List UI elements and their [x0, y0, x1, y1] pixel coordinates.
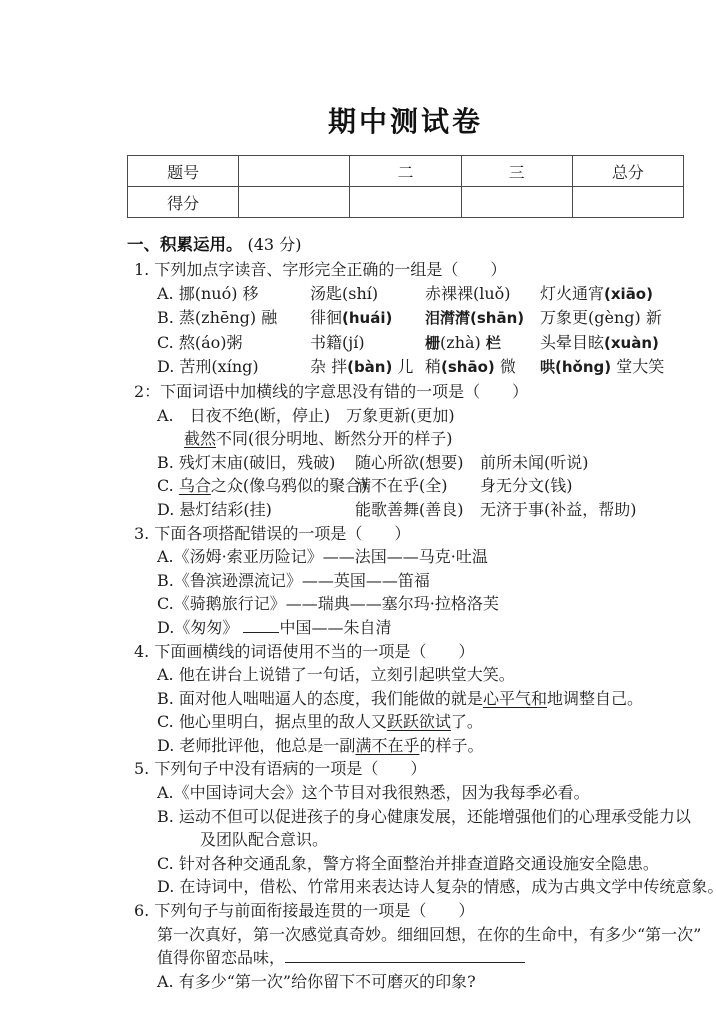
text-segment: D. 在诗词中，借松、竹常用来表达诗人复杂的情感，成为古典文学中传统意象。 — [157, 877, 716, 896]
text-segment: C. — [157, 476, 179, 495]
text-segment: A.《汤姆·索亚历险记》——法国——马克·吐温 — [157, 547, 488, 566]
answer-blank — [243, 617, 279, 633]
text-segment: 5. 下列句子中没有语病的一项是（ ） — [134, 759, 426, 778]
question-2-line-5: D. 悬灯结彩(挂)能歌善舞(善良)无济于事(补益，帮助) — [127, 498, 716, 522]
text-segment: 赤裸裸(luǒ) — [425, 284, 511, 303]
question-6-line-1: 第一次真好，第一次感觉真奇妙。细细回想，在你的生命中，有多少“第一次” — [127, 923, 716, 947]
text-segment: 不同(很分明地、断然分开的样子) — [216, 429, 453, 448]
question-3-line-4: D.《匆匆》 中国——朱自清 — [127, 616, 716, 640]
page-content: 期中测试卷 题号 二 三 总分 得分 一、积累运用。(43 — [127, 0, 716, 993]
text-segment: (huái) — [342, 309, 392, 327]
option-cell: 稍(shāo) 微 — [425, 355, 540, 380]
option-cell: 无济于事(补益，帮助) — [480, 498, 716, 522]
text-segment: 栏 — [486, 334, 501, 352]
text-segment: 4. 下面画横线的词语使用不当的一项是（ ） — [134, 642, 474, 661]
section-2-cell: 二 — [350, 156, 461, 187]
underlined-term: 截然 — [184, 429, 216, 448]
option-cell: B. 蒸(zhēng) 融 — [157, 306, 310, 331]
text-segment: 前所未闻(听说) — [480, 453, 589, 472]
score-entry-cell — [461, 187, 572, 218]
text-segment: 汤匙(shí) — [310, 284, 378, 303]
page-title: 期中测试卷 — [127, 0, 684, 140]
question-3-line-3: C.《骑鹅旅行记》——瑞典——塞尔玛·拉格洛芙 — [127, 592, 716, 616]
text-segment: D.《匆匆》 — [157, 618, 243, 637]
option-cell: B. 残灯末庙(破旧，残破) — [157, 451, 355, 475]
question-6-line-2: 值得你留恋品味， — [127, 946, 716, 970]
text-segment: D. 悬灯结彩(挂) — [157, 500, 272, 519]
text-segment: C.《骑鹅旅行记》——瑞典——塞尔玛·拉格洛芙 — [157, 594, 499, 613]
question-1-stem: 1. 下列加点字读音、字形完全正确的一组是（ ） — [127, 258, 716, 282]
text-segment: 值得你留恋品味， — [157, 948, 285, 967]
answer-blank — [285, 947, 525, 963]
text-segment: C. 针对各种交通乱象，警方将全面整治并排查道路交通设施安全隐患。 — [157, 854, 659, 873]
text-segment: A. 他在讲台上说错了一句话，立刻引起哄堂大笑。 — [157, 665, 515, 684]
option-cell: 前所未闻(听说) — [480, 451, 716, 475]
text-segment: 及团队配合意识。 — [200, 830, 328, 849]
option-cell: 随心所欲(想要) — [355, 451, 480, 475]
total-score-cell: 总分 — [572, 156, 683, 187]
text-segment: A. 日夜不绝(断，停止) 万象更新(更加) — [157, 406, 455, 425]
score-label-cell: 得分 — [128, 187, 239, 218]
question-5-line-4: C. 针对各种交通乱象，警方将全面整治并排查道路交通设施安全隐患。 — [127, 852, 716, 876]
text-segment: 1. 下列加点字读音、字形完全正确的一组是（ ） — [134, 260, 506, 279]
text-segment: 无济于事(补益，帮助) — [480, 500, 637, 519]
option-cell: 徘徊(huái) — [310, 306, 425, 331]
text-segment: 儿 — [392, 357, 413, 376]
underlined-term: 心平气和 — [483, 689, 547, 708]
question-5-line-2: B. 运动不但可以促进孩子的身心健康发展，还能增强他们的心理承受能力以 — [127, 805, 716, 829]
text-segment: C. 他心里明白，据点里的敌人又 — [157, 712, 387, 731]
text-segment: 地调整自己。 — [547, 689, 643, 708]
score-table-header-row: 题号 二 三 总分 — [128, 156, 684, 187]
question-3-line-2: B.《鲁滨逊漂流记》——英国——笛福 — [127, 569, 716, 593]
text-segment: 微 — [495, 357, 516, 376]
text-segment: 栅 — [425, 334, 440, 352]
option-cell: 灯火通宵(xiāo) — [540, 282, 716, 307]
text-segment: (bàn) — [347, 358, 392, 376]
option-cell: 满不在乎(全) — [355, 474, 480, 498]
question-4-line-2: B. 面对他人咄咄逼人的态度，我们能做的就是心平气和地调整自己。 — [127, 687, 716, 711]
question-1-line-1: A. 挪(nuó) 移汤匙(shí)赤裸裸(luǒ)灯火通宵(xiāo) — [127, 282, 716, 307]
text-segment: B.《鲁滨逊漂流记》——英国——笛福 — [157, 571, 430, 590]
exam-page: 期中测试卷 题号 二 三 总分 得分 一、积累运用。(43 — [0, 0, 716, 1024]
text-segment: (zhà) — [440, 333, 486, 352]
section-heading: 一、积累运用。(43 分) — [127, 231, 716, 255]
text-segment: B. 运动不但可以促进孩子的身心健康发展，还能增强他们的心理承受能力以 — [157, 807, 691, 826]
question-4-line-4: D. 老师批评他，他总是一副满不在乎的样子。 — [127, 734, 716, 758]
text-segment: (xuàn) — [604, 334, 659, 352]
question-2-line-4: C. 乌合之众(像乌鸦似的聚合)满不在乎(全)身无分文(钱) — [127, 474, 716, 498]
text-segment: 能歌善舞(善良) — [355, 500, 464, 519]
text-segment: 灯火通宵 — [540, 284, 604, 303]
text-segment: B. 面对他人咄咄逼人的态度，我们能做的就是 — [157, 689, 483, 708]
text-segment: A.《中国诗词大会》这个节目对我很熟悉，因为我每季必看。 — [157, 783, 590, 802]
question-3-line-1: A.《汤姆·索亚历险记》——法国——马克·吐温 — [127, 545, 716, 569]
question-4-line-3: C. 他心里明白，据点里的敌人又跃跃欲试了。 — [127, 710, 716, 734]
option-cell: C. 乌合之众(像乌鸦似的聚合) — [157, 474, 355, 498]
option-cell: 栅(zhà) 栏 — [425, 331, 540, 356]
score-table: 题号 二 三 总分 得分 — [127, 155, 684, 218]
score-entry-cell — [239, 187, 350, 218]
option-cell: A. 挪(nuó) 移 — [157, 282, 310, 307]
option-cell: C. 熬(áo)粥 — [157, 331, 310, 356]
option-cell: D. 悬灯结彩(挂) — [157, 498, 355, 522]
text-segment: B. 蒸(zhēng) 融 — [157, 308, 277, 327]
text-segment: (xiāo) — [604, 285, 653, 303]
option-cell: 身无分文(钱) — [480, 474, 716, 498]
question-2-stem: 2：下面词语中加横线的字意思没有错的一项是（ ） — [127, 380, 716, 404]
section-1-cell — [239, 156, 350, 187]
section-score: (43 分) — [248, 235, 302, 254]
question-5-stem: 5. 下列句子中没有语病的一项是（ ） — [127, 757, 716, 781]
text-segment: A. 有多少“第一次”给你留下不可磨灭的印象? — [157, 972, 476, 991]
text-segment: 杂 拌 — [310, 357, 347, 376]
text-segment: 哄(hǒng) — [540, 358, 611, 376]
text-segment: (shāo) — [441, 358, 495, 376]
text-segment: 泪潸潸(shān) — [425, 309, 524, 327]
question-1-line-3: C. 熬(áo)粥书籍(jí)栅(zhà) 栏头晕目眩(xuàn) — [127, 331, 716, 356]
underlined-term: 乌合 — [179, 476, 211, 495]
score-entry-cell — [572, 187, 683, 218]
text-segment: 第一次真好，第一次感觉真奇妙。细细回想，在你的生命中，有多少“第一次” — [157, 925, 701, 944]
question-3-stem: 3. 下面各项搭配错误的一项是（ ） — [127, 522, 716, 546]
text-segment: 稍 — [425, 357, 441, 376]
question-2-line-2: 截然不同(很分明地、断然分开的样子) — [127, 427, 716, 451]
qnum-label-cell: 题号 — [128, 156, 239, 187]
text-segment: 徘徊 — [310, 308, 342, 327]
question-5-line-1: A.《中国诗词大会》这个节目对我很熟悉，因为我每季必看。 — [127, 781, 716, 805]
question-6-stem: 6. 下列句子与前面衔接最连贯的一项是（ ） — [127, 899, 716, 923]
text-segment: B. 残灯末庙(破旧，残破) — [157, 453, 335, 472]
section-3-cell: 三 — [461, 156, 572, 187]
text-segment: 身无分文(钱) — [480, 476, 573, 495]
text-segment: C. 熬(áo)粥 — [157, 333, 243, 352]
section-heading-label: 一、积累运用。 — [127, 235, 243, 254]
text-segment: 满不在乎(全) — [355, 476, 448, 495]
text-segment: A. 挪(nuó) 移 — [157, 284, 259, 303]
option-cell: 赤裸裸(luǒ) — [425, 282, 540, 307]
text-segment: 头晕目眩 — [540, 333, 604, 352]
question-2-line-3: B. 残灯末庙(破旧，残破)随心所欲(想要)前所未闻(听说) — [127, 451, 716, 475]
text-segment: 3. 下面各项搭配错误的一项是（ ） — [134, 524, 410, 543]
text-segment: 堂大笑 — [611, 357, 664, 376]
option-cell: D. 苦刑(xíng) — [157, 355, 310, 380]
option-cell: 泪潸潸(shān) — [425, 306, 540, 331]
question-1-line-2: B. 蒸(zhēng) 融徘徊(huái)泪潸潸(shān)万象更(gèng) … — [127, 306, 716, 331]
text-segment: 书籍(jí) — [310, 333, 365, 352]
question-4-stem: 4. 下面画横线的词语使用不当的一项是（ ） — [127, 640, 716, 664]
text-segment: 之众(像乌鸦似的聚合) — [211, 476, 368, 495]
question-6-line-3: A. 有多少“第一次”给你留下不可磨灭的印象? — [127, 970, 716, 994]
questions-area: 1. 下列加点字读音、字形完全正确的一组是（ ）A. 挪(nuó) 移汤匙(sh… — [127, 258, 716, 993]
text-segment: D. 苦刑(xíng) — [157, 357, 259, 376]
option-cell: 汤匙(shí) — [310, 282, 425, 307]
text-segment: 万象更(gèng) 新 — [540, 308, 662, 327]
text-segment: 6. 下列句子与前面衔接最连贯的一项是（ ） — [134, 901, 474, 920]
text-segment: 了。 — [451, 712, 483, 731]
text-segment: 2：下面词语中加横线的字意思没有错的一项是（ ） — [134, 382, 528, 401]
question-1-line-4: D. 苦刑(xíng)杂 拌(bàn) 儿稍(shāo) 微哄(hǒng) 堂大… — [127, 355, 716, 380]
question-4-line-1: A. 他在讲台上说错了一句话，立刻引起哄堂大笑。 — [127, 663, 716, 687]
underlined-term: 跃跃欲试 — [387, 712, 451, 731]
score-table-score-row: 得分 — [128, 187, 684, 218]
option-cell: 哄(hǒng) 堂大笑 — [540, 355, 716, 380]
question-5-line-3: 及团队配合意识。 — [127, 828, 716, 852]
question-2-line-1: A. 日夜不绝(断，停止) 万象更新(更加) — [127, 404, 716, 428]
option-cell: 书籍(jí) — [310, 331, 425, 356]
option-cell: 万象更(gèng) 新 — [540, 306, 716, 331]
question-5-line-5: D. 在诗词中，借松、竹常用来表达诗人复杂的情感，成为古典文学中传统意象。 — [127, 875, 716, 899]
text-segment: 中国——朱自清 — [279, 618, 391, 637]
option-cell: 能歌善舞(善良) — [355, 498, 480, 522]
text-segment: 随心所欲(想要) — [355, 453, 464, 472]
option-cell: 头晕目眩(xuàn) — [540, 331, 716, 356]
score-entry-cell — [350, 187, 461, 218]
underlined-term: 满不在乎 — [355, 736, 419, 755]
text-segment: D. 老师批评他，他总是一副 — [157, 736, 355, 755]
text-segment: 的样子。 — [419, 736, 483, 755]
option-cell: 杂 拌(bàn) 儿 — [310, 355, 425, 380]
